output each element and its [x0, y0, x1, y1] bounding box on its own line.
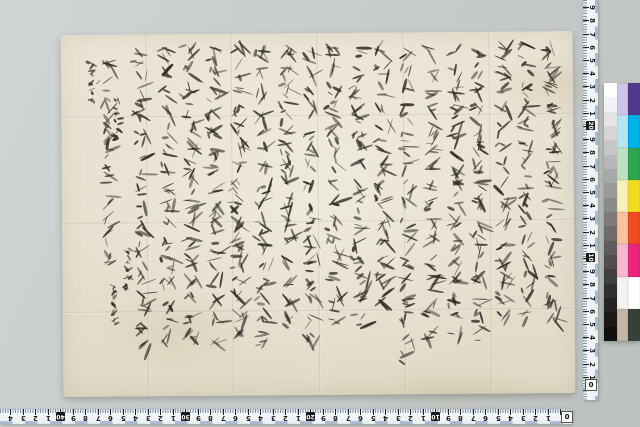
grayscale-step	[604, 198, 617, 212]
ruler-number: 7	[221, 414, 226, 421]
ruler-number: 8	[83, 414, 88, 421]
ruler-number: 8	[208, 414, 213, 421]
ruler-number: 9	[196, 414, 201, 421]
ruler-number: 3	[21, 414, 26, 421]
ruler-number: 1	[588, 111, 595, 116]
ruler-number: 7	[588, 32, 595, 37]
grayscale-step	[604, 226, 617, 240]
ruler-number: 6	[358, 414, 363, 421]
color-patches	[617, 83, 640, 341]
calligraphy-column	[516, 42, 533, 327]
ruler-number: 4	[588, 71, 595, 76]
calligraphy-column	[324, 44, 341, 329]
grayscale-step	[604, 212, 617, 226]
grayscale-step	[604, 126, 617, 140]
ruler-number: 9	[588, 269, 595, 274]
calligraphy-column	[468, 43, 485, 347]
furigana-annotation	[87, 60, 94, 105]
calligraphy-column	[492, 45, 509, 330]
color-patch	[617, 212, 628, 244]
ruler-number: 6	[108, 414, 113, 421]
ruler-number: 3	[521, 414, 526, 421]
ruler-number: 5	[588, 190, 595, 195]
color-patch-row	[617, 115, 640, 147]
ruler-number: 6	[588, 177, 595, 182]
calligraphy-column	[276, 44, 293, 329]
calligraphy-column	[372, 43, 389, 309]
ruler-number: 4	[383, 414, 388, 421]
ruler-number: 2	[588, 362, 595, 367]
ruler-number: 2	[588, 230, 595, 235]
ruler-number: 7	[588, 164, 595, 169]
grayscale-step	[604, 298, 617, 312]
color-patch	[628, 115, 640, 147]
ruler-number: 1	[46, 414, 51, 421]
grayscale-step	[604, 112, 617, 126]
color-patch	[617, 244, 628, 276]
color-patch	[628, 180, 640, 212]
ruler-ten-label: 40	[56, 412, 65, 421]
grayscale-step	[604, 169, 617, 183]
grayscale-step	[604, 241, 617, 255]
ruler-number: 9	[446, 414, 451, 421]
ruler-number: 6	[483, 414, 488, 421]
calligraphy-column	[132, 51, 149, 355]
ruler-number: 2	[588, 98, 595, 103]
ruler-number: 3	[588, 348, 595, 353]
grayscale-step	[604, 312, 617, 326]
color-patch-row	[617, 148, 640, 180]
color-patch	[617, 309, 628, 341]
ruler-number: 4	[588, 335, 595, 340]
color-patch-row	[617, 180, 640, 212]
calligraphy-column	[204, 48, 221, 352]
horizontal-ruler: 0123456789101234567892012345678930123456…	[0, 409, 572, 424]
ruler-number: 9	[71, 414, 76, 421]
calligraphy-column	[156, 47, 173, 351]
calligraphy-column	[96, 60, 113, 269]
ruler-ten-label: 20	[586, 121, 595, 130]
ruler-number: 2	[533, 414, 538, 421]
color-patch-row	[617, 212, 640, 244]
paper-creases	[61, 31, 573, 35]
color-calibration-chart	[604, 83, 640, 341]
ruler-number: 2	[283, 414, 288, 421]
color-patch	[628, 277, 640, 309]
grayscale-step	[604, 284, 617, 298]
ruler-number: 4	[588, 203, 595, 208]
grayscale-step	[604, 183, 617, 197]
ruler-number: 3	[146, 414, 151, 421]
calligraphy-column	[420, 43, 437, 347]
ruler-number: 1	[588, 243, 595, 248]
ruler-number: 1	[171, 414, 176, 421]
color-patch	[617, 115, 628, 147]
furigana-annotation	[112, 98, 119, 143]
color-patch-row	[617, 244, 640, 276]
ruler-number: 7	[471, 414, 476, 421]
color-patch-row	[617, 277, 640, 309]
color-patch-row	[617, 83, 640, 115]
ruler-number: 6	[588, 45, 595, 50]
grayscale-step	[604, 83, 617, 97]
manuscript-paper	[61, 31, 576, 397]
ruler-number: 2	[33, 414, 38, 421]
ruler-number: 5	[588, 322, 595, 327]
ruler-number: 4	[258, 414, 263, 421]
calligraphy-column	[228, 45, 245, 349]
ruler-number: 8	[333, 414, 338, 421]
color-patch	[617, 148, 628, 180]
color-patch-row	[617, 309, 640, 341]
furigana-annotation	[108, 282, 115, 327]
calligraphy-column	[300, 47, 317, 351]
ruler-number: 5	[496, 414, 501, 421]
photo-background: 01234567891012345678920123456789 0123456…	[0, 0, 640, 427]
ruler-number: 9	[588, 5, 595, 10]
color-patch	[628, 309, 640, 341]
ruler-number: 4	[8, 414, 13, 421]
ruler-number: 9	[588, 137, 595, 142]
ruler-number: 6	[233, 414, 238, 421]
ruler-number: 8	[588, 18, 595, 23]
ruler-number: 4	[133, 414, 138, 421]
grayscale-strip	[604, 83, 617, 341]
ruler-number: 8	[588, 282, 595, 287]
ruler-number: 3	[271, 414, 276, 421]
vertical-ruler: 01234567891012345678920123456789	[583, 0, 598, 400]
ruler-number: 7	[588, 296, 595, 301]
ruler-number: 3	[588, 84, 595, 89]
ruler-zero-label: 0	[585, 379, 597, 391]
color-patch	[628, 212, 640, 244]
ruler-number: 1	[421, 414, 426, 421]
color-patch	[617, 83, 628, 115]
calligraphy-column	[348, 46, 365, 331]
grayscale-step	[604, 155, 617, 169]
ruler-number: 1	[296, 414, 301, 421]
grayscale-step	[604, 327, 617, 341]
ruler-number: 4	[508, 414, 513, 421]
color-patch	[628, 148, 640, 180]
ruler-zero-label: 0	[561, 411, 573, 423]
ruler-ten-label: 20	[306, 412, 315, 421]
furigana-annotation	[122, 247, 129, 292]
calligraphy-column	[252, 46, 269, 350]
calligraphy-column	[540, 44, 557, 329]
calligraphy-column	[444, 46, 461, 350]
ruler-number: 2	[408, 414, 413, 421]
ruler-number: 5	[246, 414, 251, 421]
ruler-number: 1	[546, 414, 551, 421]
ruler-number: 2	[158, 414, 163, 421]
ruler-number: 7	[96, 414, 101, 421]
ruler-ten-label: 30	[181, 412, 190, 421]
color-patch	[617, 277, 628, 309]
ruler-number: 5	[371, 414, 376, 421]
color-patch	[617, 180, 628, 212]
grayscale-step	[604, 269, 617, 283]
ruler-number: 3	[396, 414, 401, 421]
ruler-number: 6	[588, 309, 595, 314]
grayscale-step	[604, 255, 617, 269]
grayscale-step	[604, 140, 617, 154]
color-patch	[628, 83, 640, 115]
ruler-ten-label: 10	[586, 253, 595, 262]
ruler-ten-label: 10	[431, 412, 440, 421]
ruler-number: 3	[588, 216, 595, 221]
ruler-number: 1	[588, 375, 595, 380]
ruler-number: 8	[458, 414, 463, 421]
calligraphy-column	[396, 45, 414, 368]
ruler-number: 8	[588, 150, 595, 155]
ruler-number: 5	[121, 414, 126, 421]
ruler-number: 5	[588, 58, 595, 63]
calligraphy-column	[180, 45, 197, 349]
color-patch	[628, 244, 640, 276]
ruler-number: 7	[346, 414, 351, 421]
grayscale-step	[604, 97, 617, 111]
ruler-number: 9	[321, 414, 326, 421]
